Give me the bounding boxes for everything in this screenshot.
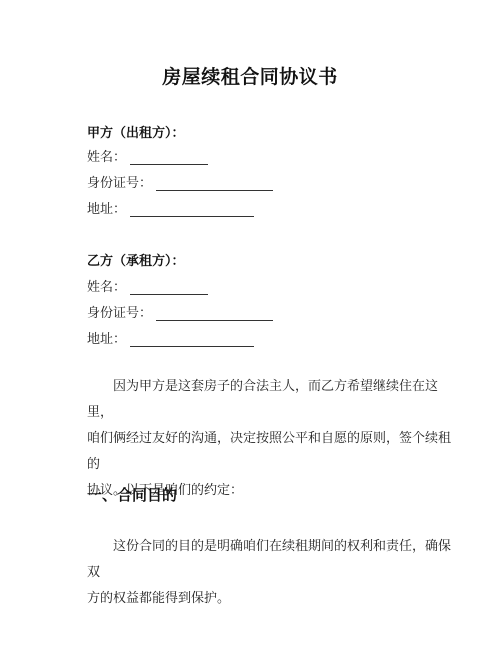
party-b-id-field: 身份证号： (87, 302, 273, 321)
section-heading-purpose: 一、合同目的 (87, 484, 177, 505)
field-label: 姓名： (87, 146, 126, 165)
party-a-id-blank[interactable] (156, 178, 273, 191)
party-b-name-blank[interactable] (130, 282, 208, 295)
party-b-heading: 乙方（承租方）： (87, 250, 185, 269)
document-title: 房屋续租合同协议书 (0, 62, 500, 89)
section-purpose-paragraph: 这份合同的目的是明确咱们在续租期间的权利和责任，确保双 方的权益都能得到保护。 (87, 534, 457, 612)
paragraph-line: 因为甲方是这套房子的合法主人，而乙方希望继续住在这里， (87, 374, 457, 426)
party-a-address-blank[interactable] (130, 204, 254, 217)
field-label: 地址： (87, 328, 126, 347)
party-b-address-field: 地址： (87, 328, 254, 347)
party-a-name-field: 姓名： (87, 146, 208, 165)
party-a-address-field: 地址： (87, 198, 254, 217)
paragraph-line: 咱们俩经过友好的沟通，决定按照公平和自愿的原则，签个续租的 (87, 426, 457, 478)
field-label: 身份证号： (87, 302, 152, 321)
party-a-name-blank[interactable] (130, 152, 208, 165)
field-label: 姓名： (87, 276, 126, 295)
field-label: 地址： (87, 198, 126, 217)
paragraph-line: 这份合同的目的是明确咱们在续租期间的权利和责任，确保双 (87, 534, 457, 586)
party-b-id-blank[interactable] (156, 308, 273, 321)
party-a-id-field: 身份证号： (87, 172, 273, 191)
field-label: 身份证号： (87, 172, 152, 191)
party-a-heading: 甲方（出租方）： (87, 122, 185, 141)
party-b-name-field: 姓名： (87, 276, 208, 295)
paragraph-line: 方的权益都能得到保护。 (87, 586, 457, 612)
party-b-address-blank[interactable] (130, 334, 254, 347)
